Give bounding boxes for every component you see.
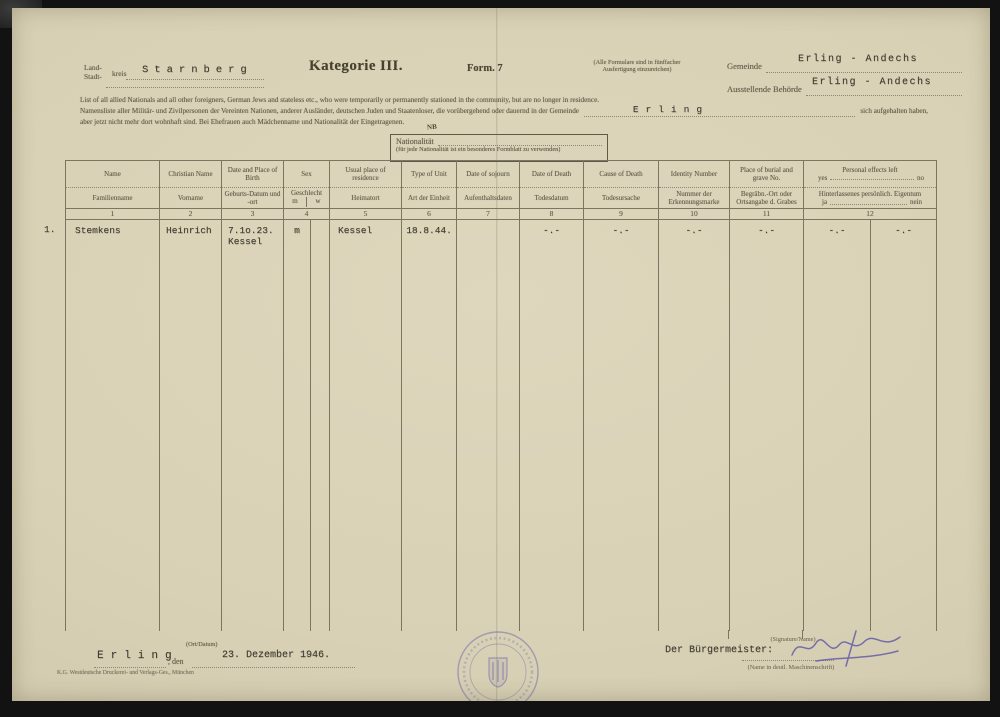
col-cname-de: Vorname [178,194,203,202]
scanned-document-frame: Land- Stadt- kreis Starnberg Kategorie I… [0,0,1000,717]
col-eff-dots-1 [830,179,914,180]
col-eff-nein: nein [910,198,922,206]
col-header-birth: Date and Place of Birth Geburts-Datum un… [221,161,283,220]
kreis-value: Starnberg [142,64,253,76]
col-header-unit: Type of Unit Art der Einheit 6 [401,161,456,220]
col-header-sex: Sex Geschlecht m w 4 [283,161,329,220]
intro-paragraph: List of all allied Nationals and all oth… [80,95,928,127]
col-header-effects: Personal effects left yes no Hinterlasse… [803,161,936,220]
cell-death-date: -.- [519,220,583,631]
den-label: , den [168,657,184,666]
nationality-blank-line [438,137,602,146]
value-identity: -.- [685,225,702,236]
cell-sex: m [283,220,329,631]
col-birth-en: Date and Place of Birth [224,166,281,183]
col-name-no: 1 [66,209,159,220]
kreis-dotted-line-2 [106,78,264,88]
value-birth-date: 7.1o.23. [228,225,283,236]
ort-datum-note: (Ort/Datum) [186,641,217,648]
col-dd-en: Date of Death [532,170,571,178]
nationality-label: Nationalität [396,137,434,146]
cell-christian-name: Heinrich [159,220,221,631]
col-eff-dots-2 [830,204,907,205]
col-header-death-cause: Cause of Death Todesursache 9 [583,161,658,220]
col-sex-mw-split: m w [284,197,329,207]
round-official-seal-icon [452,626,544,701]
col-birth-de: Geburts-Datum und -ort [224,190,281,207]
col-id-en: Identity Number [671,170,717,178]
col-res-de: Heimatort [351,194,379,202]
kreis-label-top: Land- [84,63,102,72]
value-effects-no: -.- [870,225,937,236]
intro-gemeinde-value: Erling [633,105,709,116]
value-residence: Kessel [338,225,372,236]
form-number-label: Form. 7 [467,63,503,74]
col-eff-janein: ja nein [808,198,932,206]
col-header-death-date: Date of Death Todesdatum 8 [519,161,583,220]
behoerde-label: Ausstellende Behörde [727,84,802,94]
col-eff-en: Personal effects left [842,166,897,174]
col-res-en: Usual place of residence [332,166,399,183]
kategorie-title: Kategorie III. [309,58,403,75]
kreis-label-suffix: kreis [112,69,127,78]
printer-imprint-note: K.G. Westdeutsche Druckerei- und Verlags… [57,670,194,676]
col-birth-no: 3 [222,209,283,220]
col-sex-de: Geschlecht [291,189,322,197]
col-eff-yes: yes [818,174,827,182]
value-unit: 18.8.44. [406,225,452,236]
col-id-de: Nummer der Erkennungsmarke [661,190,727,207]
col-res-no: 5 [330,209,401,220]
col-sex-w: w [306,197,329,207]
cell-residence: Kessel [329,220,401,631]
cell-sojourn [456,220,519,631]
intro-german-after: sich aufgehalten haben, [860,106,928,117]
col-id-no: 10 [659,209,729,220]
col-eff-yesno: yes no [808,174,932,182]
intro-german-before: Namensliste aller Militär- und Zivilpers… [80,106,579,117]
cell-birth: 7.1o.23. Kessel [221,220,283,631]
col-unit-no: 6 [402,209,456,220]
col-sojourn-no: 7 [457,209,519,220]
nationality-note: (für jede Nationalität ist ein besondere… [396,146,602,153]
col-eff-ja: ja [822,198,827,206]
cell-effects: -.- -.- [803,220,936,631]
col-sex-no: 4 [284,209,329,220]
col-cname-no: 2 [160,209,221,220]
table-line-stub-1 [728,630,729,639]
gemeinde-value: Erling - Andechs [798,54,918,65]
col-dd-de: Todesdatum [534,194,568,202]
cell-unit: 18.8.44. [401,220,456,631]
col-sex-m: m [284,197,306,207]
col-dc-no: 9 [584,209,658,220]
cell-death-cause: -.- [583,220,658,631]
col-header-burial: Place of burial and grave No. Begräbn.-O… [729,161,803,220]
col-cname-en: Christian Name [168,170,212,178]
persons-table: Name Familienname 1 Christian Name Vorna… [65,160,937,631]
cell-name: Stemkens [66,220,159,631]
kreis-label-block: Land- Stadt- [84,63,102,81]
col-header-christian-name: Christian Name Vorname 2 [159,161,221,220]
value-death-cause: -.- [612,225,629,236]
col-unit-de: Art der Einheit [408,194,450,202]
nationality-box: Nationalität (für jede Nationalität ist … [390,134,608,162]
col-unit-en: Type of Unit [411,170,447,178]
behoerde-value: Erling - Andechs [812,77,932,88]
col-header-name: Name Familienname 1 [66,161,159,220]
kreis-label-bottom: Stadt- [84,72,102,81]
col-sex-en: Sex [301,170,312,178]
value-birth-place: Kessel [228,236,283,247]
col-burial-en: Place of burial and grave No. [732,166,801,183]
value-christian-name: Heinrich [166,225,212,236]
value-effects-yes: -.- [804,225,870,236]
col-header-identity: Identity Number Nummer der Erkennungsmar… [658,161,729,220]
col-header-sojourn: Date of sojourn Aufenthaltsdaten 7 [456,161,519,220]
intro-german-line2: aber jetzt nicht mehr dort wohnhaft sind… [80,117,928,128]
nb-handwritten-mark: NB [427,123,437,132]
value-burial: -.- [758,225,775,236]
cell-identity: -.- [658,220,729,631]
col-eff-number: 12 [804,209,936,220]
col-eff-no-label: no [917,174,924,182]
col-dd-no: 8 [520,209,583,220]
col-sojourn-de: Aufenthaltsdaten [464,194,512,202]
col-header-residence: Usual place of residence Heimatort 5 [329,161,401,220]
intro-english-line: List of all allied Nationals and all oth… [80,95,928,106]
col-eff-de: Hinterlassenes persönlich. Eigentum [819,190,921,198]
col-sojourn-en: Date of sojourn [466,170,510,178]
col-dc-en: Cause of Death [599,170,642,178]
gemeinde-label: Gemeinde [727,61,762,71]
copies-note: (Alle Formulare sind in fünffacher Ausfe… [578,59,696,73]
col-burial-no: 11 [730,209,803,220]
value-death-date: -.- [543,225,560,236]
intro-gemeinde-blank: Erling [584,106,855,117]
row-number: 1. [44,224,55,235]
intro-german-line: Namensliste aller Militär- und Zivilpers… [80,106,928,117]
value-name: Stemkens [75,225,121,236]
col-burial-de: Begräbn.-Ort oder Ortsangabe d. Grabes [732,190,801,207]
value-sex: m [284,225,310,236]
col-dc-de: Todesursache [602,194,640,202]
col-name-en: Name [104,170,121,178]
cell-burial: -.- [729,220,803,631]
ort-dotted-line [94,658,166,668]
col-name-de: Familienname [92,194,132,202]
form-content: Land- Stadt- kreis Starnberg Kategorie I… [0,0,1000,717]
signature-handwriting-icon [788,628,908,670]
date-value: 23. Dezember 1946. [222,650,330,661]
